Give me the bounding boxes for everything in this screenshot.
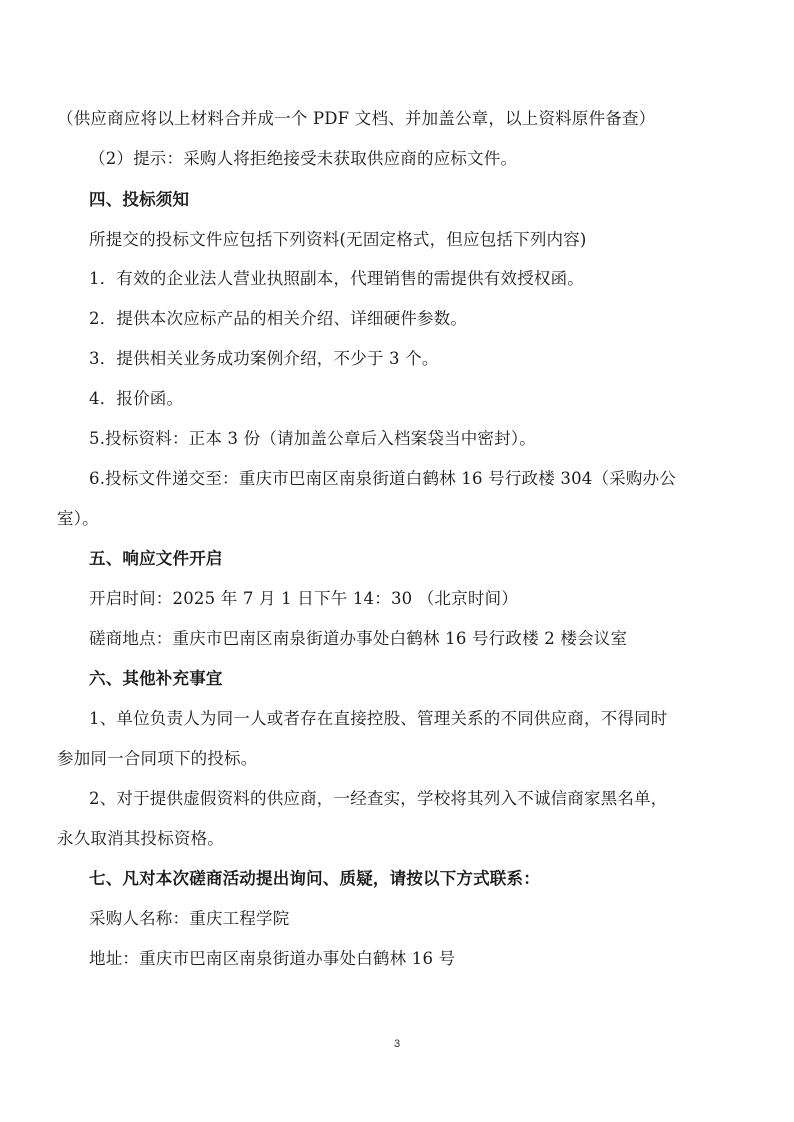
opening-time: 开启时间：2025 年 7 月 1 日下午 14：30 （北京时间） bbox=[89, 588, 779, 610]
bid-item-6-continued: 室）。 bbox=[57, 508, 747, 530]
bid-docs-intro: 所提交的投标文件应包括下列资料(无固定格式，但应包括下列内容) bbox=[89, 229, 779, 251]
section-heading-7: 七、凡对本次磋商活动提出询问、质疑，请按以下方式联系： bbox=[89, 868, 779, 890]
supplement-item-1-continued: 参加同一合同项下的投标。 bbox=[57, 748, 747, 770]
section-heading-6: 六、其他补充事宜 bbox=[89, 668, 779, 690]
purchaser-name: 采购人名称：重庆工程学院 bbox=[89, 908, 779, 930]
bid-item-6: 6.投标文件递交至：重庆市巴南区南泉街道白鹤林 16 号行政楼 304（采购办公 bbox=[89, 468, 779, 490]
purchaser-address: 地址：重庆市巴南区南泉街道办事处白鹤林 16 号 bbox=[89, 948, 779, 970]
bid-item-2: 2．提供本次应标产品的相关介绍、详细硬件参数。 bbox=[89, 308, 779, 330]
hint-paragraph: （2）提示：采购人将拒绝接受未获取供应商的应标文件。 bbox=[89, 148, 779, 170]
section-heading-5: 五、响应文件开启 bbox=[89, 548, 779, 570]
bid-item-4: 4．报价函。 bbox=[89, 388, 779, 410]
section-heading-4: 四、投标须知 bbox=[89, 189, 779, 211]
document-page: （供应商应将以上材料合并成一个 PDF 文档、并加盖公章，以上资料原件备查） （… bbox=[0, 0, 794, 1122]
bid-item-3: 3．提供相关业务成功案例介绍，不少于 3 个。 bbox=[89, 348, 779, 370]
materials-note: （供应商应将以上材料合并成一个 PDF 文档、并加盖公章，以上资料原件备查） bbox=[57, 108, 747, 130]
consultation-location: 磋商地点：重庆市巴南区南泉街道办事处白鹤林 16 号行政楼 2 楼会议室 bbox=[89, 628, 779, 650]
supplement-item-1: 1、单位负责人为同一人或者存在直接控股、管理关系的不同供应商，不得同时 bbox=[89, 708, 779, 730]
bid-item-1: 1．有效的企业法人营业执照副本，代理销售的需提供有效授权函。 bbox=[89, 268, 779, 290]
page-number: 3 bbox=[0, 1038, 794, 1050]
bid-item-5: 5.投标资料：正本 3 份（请加盖公章后入档案袋当中密封）。 bbox=[89, 428, 779, 450]
supplement-item-2-continued: 永久取消其投标资格。 bbox=[57, 828, 747, 850]
supplement-item-2: 2、对于提供虚假资料的供应商，一经查实，学校将其列入不诚信商家黑名单， bbox=[89, 788, 779, 810]
